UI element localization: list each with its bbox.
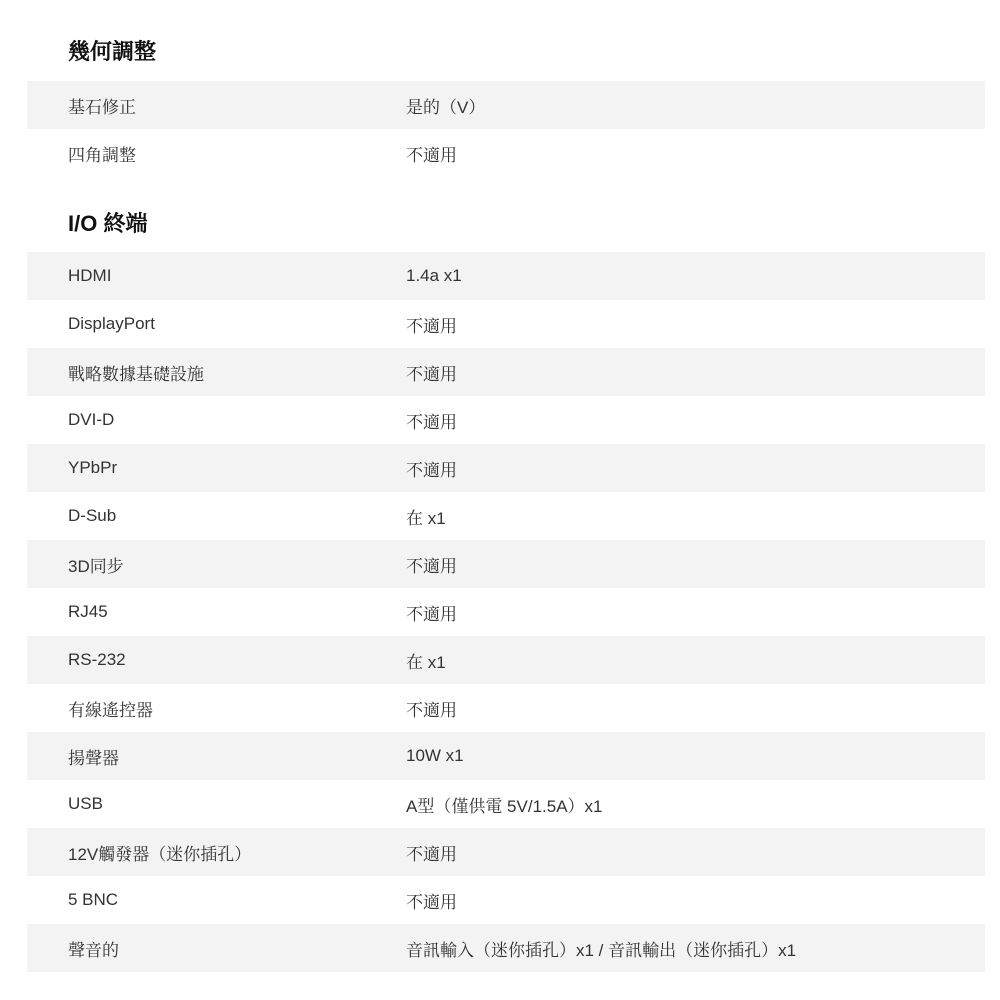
- table-row: 揚聲器 10W x1: [27, 732, 985, 780]
- spec-label: USB: [27, 794, 406, 814]
- spec-label: HDMI: [27, 266, 406, 286]
- table-row: RS-232 在 x1: [27, 636, 985, 684]
- section-title-io-terminals: I/O 終端: [68, 210, 147, 238]
- spec-value: 不適用: [406, 456, 985, 481]
- spec-value: 在 x1: [406, 648, 985, 673]
- table-row: 5 BNC 不適用: [27, 876, 985, 924]
- table-row: 有線遙控器 不適用: [27, 684, 985, 732]
- spec-label: RS-232: [27, 650, 406, 670]
- spec-value: 不適用: [406, 840, 985, 865]
- spec-label: RJ45: [27, 602, 406, 622]
- spec-label: 基石修正: [27, 93, 406, 118]
- table-row: DisplayPort 不適用: [27, 300, 985, 348]
- table-row: USB A型（僅供電 5V/1.5A）x1: [27, 780, 985, 828]
- spec-label: 有線遙控器: [27, 696, 406, 721]
- spec-value: 不適用: [406, 408, 985, 433]
- spec-label: 3D同步: [27, 552, 406, 577]
- table-row: RJ45 不適用: [27, 588, 985, 636]
- spec-label: DisplayPort: [27, 314, 406, 334]
- spec-table-io: HDMI 1.4a x1 DisplayPort 不適用 戰略數據基礎設施 不適…: [27, 252, 985, 972]
- table-row: 聲音的 音訊輸入（迷你插孔）x1 / 音訊輸出（迷你插孔）x1: [27, 924, 985, 972]
- spec-value: 1.4a x1: [406, 266, 985, 286]
- spec-label: 12V觸發器（迷你插孔）: [27, 840, 406, 865]
- spec-page: 幾何調整 基石修正 是的（V） 四角調整 不適用 I/O 終端 HDMI 1.4…: [0, 0, 1000, 1000]
- table-row: YPbPr 不適用: [27, 444, 985, 492]
- table-row: 四角調整 不適用: [27, 129, 985, 177]
- spec-label: D-Sub: [27, 506, 406, 526]
- table-row: HDMI 1.4a x1: [27, 252, 985, 300]
- spec-value: 不適用: [406, 696, 985, 721]
- spec-value: A型（僅供電 5V/1.5A）x1: [406, 792, 985, 817]
- table-row: 戰略數據基礎設施 不適用: [27, 348, 985, 396]
- table-row: 3D同步 不適用: [27, 540, 985, 588]
- spec-value: 不適用: [406, 312, 985, 337]
- spec-value: 不適用: [406, 360, 985, 385]
- section-title-geometry: 幾何調整: [68, 38, 156, 66]
- spec-value: 不適用: [406, 600, 985, 625]
- spec-label: YPbPr: [27, 458, 406, 478]
- table-row: D-Sub 在 x1: [27, 492, 985, 540]
- spec-value: 音訊輸入（迷你插孔）x1 / 音訊輸出（迷你插孔）x1: [406, 936, 985, 961]
- spec-value: 不適用: [406, 552, 985, 577]
- spec-value: 10W x1: [406, 746, 985, 766]
- spec-label: 戰略數據基礎設施: [27, 360, 406, 385]
- spec-label: 5 BNC: [27, 890, 406, 910]
- spec-label: 聲音的: [27, 936, 406, 961]
- spec-value: 是的（V）: [406, 93, 985, 118]
- spec-value: 不適用: [406, 141, 985, 166]
- table-row: 基石修正 是的（V）: [27, 81, 985, 129]
- table-row: DVI-D 不適用: [27, 396, 985, 444]
- spec-value: 不適用: [406, 888, 985, 913]
- table-row: 12V觸發器（迷你插孔） 不適用: [27, 828, 985, 876]
- spec-label: DVI-D: [27, 410, 406, 430]
- spec-label: 四角調整: [27, 141, 406, 166]
- spec-table-geometry: 基石修正 是的（V） 四角調整 不適用: [27, 81, 985, 177]
- spec-value: 在 x1: [406, 504, 985, 529]
- spec-label: 揚聲器: [27, 744, 406, 769]
